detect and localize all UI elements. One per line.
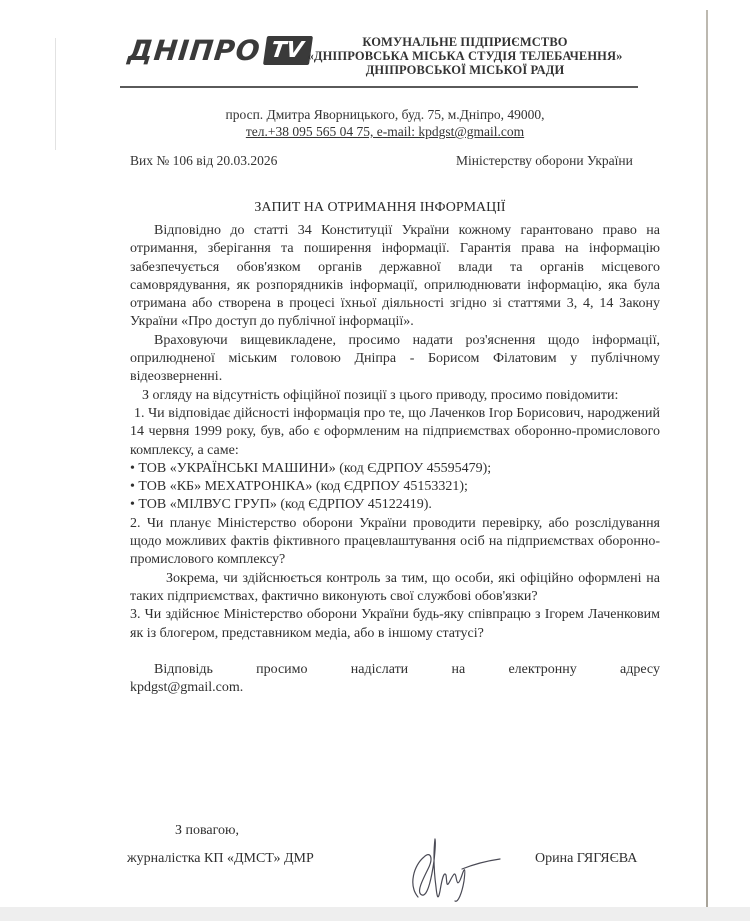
question-3: 3. Чи здійснює Міністерство оборони Укра… [130,606,660,643]
answer-word: адресу [620,661,660,679]
company-item: • ТОВ «УКРАЇНСЬКІ МАШИНИ» (код ЄДРПОУ 45… [130,460,660,478]
outgoing-number: Вих № 106 від 20.03.2026 [130,153,277,169]
answer-request: Відповідь просимо надіслати на електронн… [130,661,660,679]
paragraph-context: З огляду на відсутність офіційної позиці… [130,387,660,405]
spacer [130,643,660,661]
paragraph-request: Враховуючи вищевикладене, просимо надати… [130,332,660,387]
address-block: просп. Дмитра Яворницького, буд. 75, м.Д… [150,106,620,140]
dnipro-tv-logo: ДНІПРО TV [128,34,311,67]
org-line: ДНІПРОВСЬКОЇ МІСЬКОЇ РАДИ [300,63,630,77]
organization-name: КОМУНАЛЬНЕ ПІДПРИЄМСТВО «ДНІПРОВСЬКА МІС… [300,35,630,77]
contacts-line: тел.+38 095 565 04 75, e-mail: kpdgst@gm… [150,123,620,140]
document-page: ДНІПРО TV КОМУНАЛЬНЕ ПІДПРИЄМСТВО «ДНІПР… [0,0,750,907]
postal-address: просп. Дмитра Яворницького, буд. 75, м.Д… [150,106,620,123]
header-divider [120,86,638,88]
question-2-detail: Зокрема, чи здійснюється контроль за тим… [130,570,660,607]
signer-name: Орина ГЯГЯЄВА [535,851,637,867]
answer-word: просимо [256,661,307,679]
org-line: КОМУНАЛЬНЕ ПІДПРИЄМСТВО [300,35,630,49]
logo-text: ДНІПРО [126,34,262,67]
document-body: Відповідно до статті 34 Конституції Укра… [130,222,660,697]
document-title: ЗАПИТ НА ОТРИМАННЯ ІНФОРМАЦІЇ [120,200,640,216]
answer-word: Відповідь [154,661,213,679]
company-item: • ТОВ «МІЛВУС ГРУП» (код ЄДРПОУ 45122419… [130,496,660,514]
signature-icon [400,835,505,905]
question-2: 2. Чи планує Міністерство оборони Україн… [130,515,660,570]
answer-word: на [451,661,465,679]
answer-word: надіслати [351,661,408,679]
closing-greeting: З повагою, [175,823,239,839]
question-1: 1. Чи відповідає дійсності інформація пр… [130,405,660,460]
recipient: Міністерству оборони України [456,153,633,169]
org-line: «ДНІПРОВСЬКА МІСЬКА СТУДІЯ ТЕЛЕБАЧЕННЯ» [300,49,630,63]
signer-position: журналістка КП «ДМСТ» ДМР [127,851,314,867]
bottom-background [0,907,750,921]
answer-word: електронну [508,661,576,679]
answer-email: kpdgst@gmail.com. [130,679,660,697]
paragraph-legal-basis: Відповідно до статті 34 Конституції Укра… [130,222,660,332]
company-item: • ТОВ «КБ» МЕХАТРОНІКА» (код ЄДРПОУ 4515… [130,478,660,496]
